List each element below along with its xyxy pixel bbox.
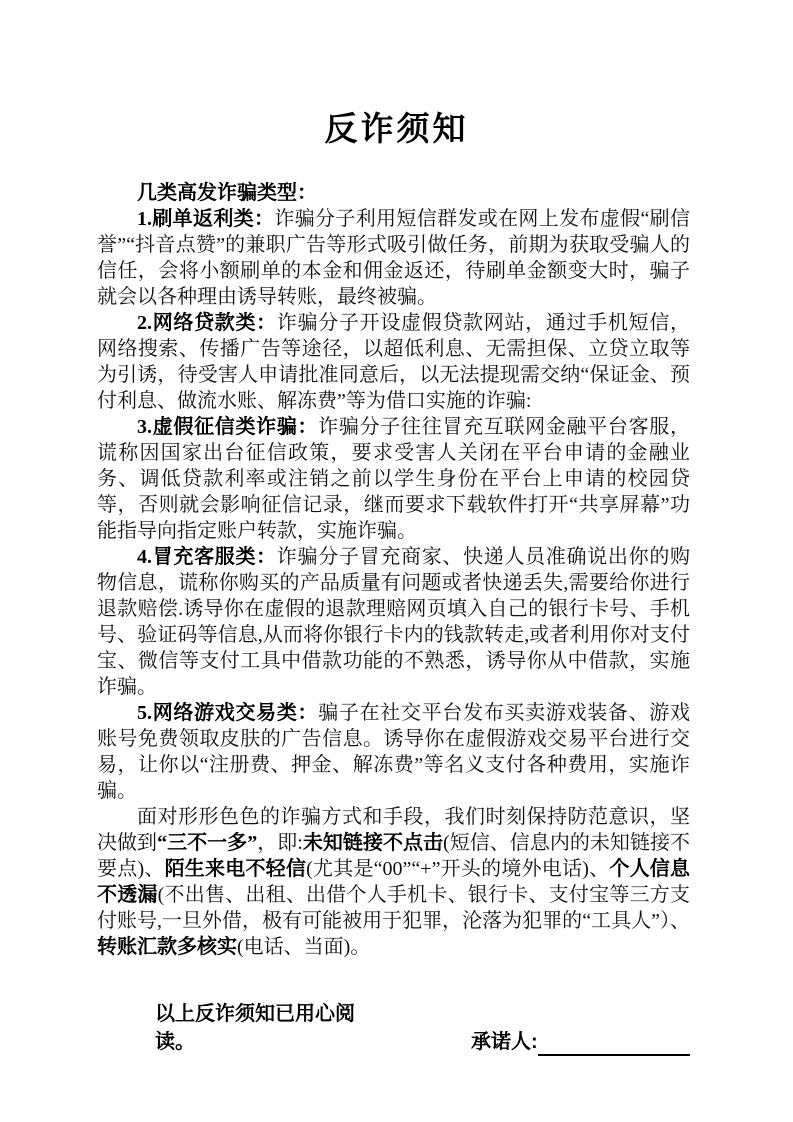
fraud-type-2-lead: 2.网络贷款类： <box>137 312 277 334</box>
signature-blank-line <box>538 1034 690 1056</box>
advice-rule-unknown-calls: 陌生来电不轻信 <box>165 858 307 880</box>
section-heading: 几类高发诈骗类型： <box>97 180 690 206</box>
advice-slogan: “三不一多” <box>157 832 257 854</box>
fraud-type-1-lead: 1.刷单返利类： <box>137 208 274 230</box>
prevention-advice-paragraph: 面对形形色色的诈骗方式和手段，我们时刻保持防范意识，坚决做到“三不一多”，即:未… <box>97 804 690 960</box>
advice-segment: (电话、当面)。 <box>237 936 370 958</box>
fraud-type-paragraph-1: 1.刷单返利类：诈骗分子利用短信群发或在网上发布虚假“刷信誉”“抖音点赞”的兼职… <box>97 206 690 310</box>
fraud-type-paragraph-5: 5.网络游戏交易类：骗子在社交平台发布买卖游戏装备、游戏账号免费领取皮肤的广告信… <box>97 700 690 804</box>
fraud-type-paragraph-2: 2.网络贷款类：诈骗分子开设虚假贷款网站，通过手机短信，网络搜索、传播广告等途径… <box>97 310 690 414</box>
fraud-type-5-lead: 5.网络游戏交易类： <box>137 702 318 724</box>
fraud-type-4-lead: 4.冒充客服类： <box>137 546 277 568</box>
fraud-type-paragraph-4: 4.冒充客服类：诈骗分子冒充商家、快递人员准确说出你的购物信息，谎称你购买的产品… <box>97 544 690 700</box>
advice-segment: ，即: <box>257 832 303 854</box>
document-page: 反诈须知 几类高发诈骗类型： 1.刷单返利类：诈骗分子利用短信群发或在网上发布虚… <box>0 0 793 1122</box>
advice-rule-unknown-links: 未知链接不点击 <box>303 832 443 854</box>
acknowledgement-row: 以上反诈须知已用心阅读。 承诺人: <box>97 1000 690 1056</box>
fraud-type-4-body: 诈骗分子冒充商家、快递人员准确说出你的购物信息，谎称你购买的产品质量有问题或者快… <box>97 546 690 698</box>
page-title: 反诈须知 <box>0 22 793 150</box>
promiser-label: 承诺人: <box>471 1028 538 1056</box>
advice-segment: (不出售、出租、出借个人手机卡、银行卡、支付宝等三方支付账号,一旦外借，极有可能… <box>97 884 690 932</box>
document-body: 几类高发诈骗类型： 1.刷单返利类：诈骗分子利用短信群发或在网上发布虚假“刷信誉… <box>97 180 690 960</box>
fraud-type-paragraph-3: 3.虚假征信类诈骗：诈骗分子往往冒充互联网金融平台客服，谎称因国家出台征信政策，… <box>97 414 690 544</box>
advice-segment: (尤其是“00”“+”开头的境外电话)、 <box>306 858 609 880</box>
advice-rule-verify-transfers: 转账汇款多核实 <box>97 936 237 958</box>
fraud-type-3-lead: 3.虚假征信类诈骗： <box>137 416 318 438</box>
read-acknowledgement-statement: 以上反诈须知已用心阅读。 <box>155 1000 391 1056</box>
